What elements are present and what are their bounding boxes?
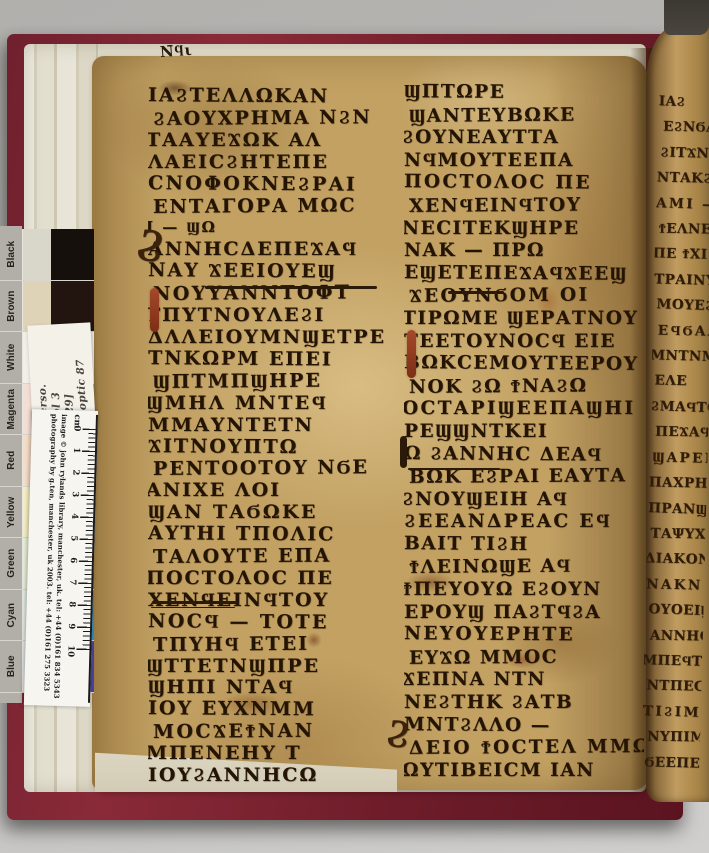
manuscript-line: ΙΑϨ	[658, 89, 709, 116]
rubric-stroke	[407, 330, 416, 378]
manuscript-line: ΤΑΛΟΥΤΕ ΕΠΑ	[153, 545, 400, 569]
colorbar-label: Brown	[0, 281, 22, 332]
manuscript-line: ΕΝΤΑΓΟΡΑ ΜΩϹ	[153, 195, 400, 219]
ruler-number: 0	[72, 425, 82, 431]
manuscript-line: ΒΑΙΤ ΤΙϨΗ	[404, 533, 644, 557]
manuscript-line: ϬΕΕΠΕϬΩ	[644, 750, 700, 777]
paragraphos-line	[205, 286, 377, 289]
manuscript-line: ΔΛΛΕΙΟΥΜΝϢΕΤΡΕ	[148, 327, 400, 349]
manuscript-line: ΟΥΟΕΙϢ	[648, 597, 704, 624]
manuscript-line: ΤΑΑΥΕϪΩΚ ΑΛ	[148, 130, 400, 152]
manuscript-line: ΝΑΚ — ΠΡΩ	[404, 240, 644, 263]
colorbar-label: Yellow	[0, 487, 22, 538]
manuscript-line: ϨΑΟΥΧΡΗΜΑ ΝϨΝ	[153, 107, 400, 131]
ruler-number: 10	[65, 645, 75, 657]
rubric-stroke	[150, 288, 159, 332]
manuscript-line: ϢΠΤΜΠϢΗΡΕ	[153, 370, 400, 394]
colorbar-label: Green	[0, 538, 22, 589]
background-object	[664, 0, 709, 35]
manuscript-line: ΠΟϹΤΟΛΟϹ ΠΕ	[404, 172, 644, 196]
manuscript-line: ϮΛΕΙΝΩϢΕ ΑϤ	[409, 556, 644, 580]
manuscript-line: ΟϹΤΑΡΙϢΕΕΠΑϢΗΙ	[404, 398, 644, 421]
manuscript-line: ΤΠΥΤΝΟΥΛΕϨΙ	[148, 305, 400, 327]
manuscript-line: ΝΑΥ ϪΕΕΙΟΥΕϢ	[148, 260, 400, 284]
manuscript-line: ϮΕΛΝΕϨΤ	[658, 217, 709, 243]
manuscript-line: ϢΗΠΙ ΝΤΑϤ	[148, 677, 400, 699]
manuscript-line: ΤΙϨΙΜΕ	[642, 699, 701, 726]
paragraphos-line	[408, 468, 500, 470]
manuscript-line: ΠΕϪΑϤΝΚ	[655, 420, 708, 446]
manuscript-line: ΔΕΙΟ ϮΟϹΤΕΛ ΜΜΩΚ	[409, 736, 644, 760]
manuscript-line: ΑΝΙΧΕ ΛΟΙ	[148, 480, 400, 502]
ruler-number: 8	[67, 601, 77, 607]
manuscript-line: ΝϤΜΟΥΤΕΕΠΑ	[404, 150, 644, 173]
colorbar-label: Black	[0, 229, 22, 280]
manuscript-line: ΠΑΧΡΗΜΑ	[648, 470, 707, 497]
text-column-right: ϢΠΤΩΡΕϢΑΝΤΕΥΒΩΚΕϨΟΥΝΕΑΥΤΤΑΝϤΜΟΥΤΕΕΠΑΠΟϹΤ…	[404, 82, 644, 792]
manuscript-line: ΤΠΥΗϤ ΕΤΕΙ	[153, 633, 400, 657]
manuscript-line: ΝΟϹϤ — ΤΟΤΕ	[148, 611, 400, 635]
manuscript-line: ΜΝΤϨΛΛΟ —	[404, 714, 644, 738]
manuscript-line: ΠΟϹΤΟΛΟϹ ΠΕ	[148, 568, 400, 590]
manuscript-line: ΛΑΕΙϹϨΗΤΕΠΕ	[148, 152, 400, 174]
manuscript-line: ΜΜΑΥΝΤΕΤΝ	[148, 415, 400, 437]
manuscript-line: ϢΠΤΩΡΕ	[404, 82, 644, 105]
manuscript-line: ΙΟΥ ΕΥΧΝΜΜ	[148, 698, 400, 722]
manuscript-line: ΡΕϢϢΝΤΚΕΙ	[404, 421, 644, 444]
manuscript-line: ϪΕΟΥΝϬΟΜ ΟΙ	[409, 284, 644, 308]
ruler-number: 1	[71, 447, 81, 453]
manuscript-line: ΕϨΝϬΑΛΝ	[663, 115, 709, 141]
manuscript-line: ϨΟΥΝΕΑΥΤΤΑ	[404, 127, 644, 150]
manuscript-line: ΤΙΡΩΜΕ ϢΕΡΑΤΝΟΥ	[404, 308, 644, 331]
ruler-number: 3	[70, 491, 80, 497]
manuscript-line: ϢΑΝ ΤΑϬΩΚΕ	[148, 502, 400, 524]
colorbar-label: Blue	[0, 641, 22, 692]
manuscript-line: ΜΝΤΝΜϢ	[650, 343, 709, 370]
manuscript-line: ϨΙΤϪΝΤ	[660, 140, 709, 167]
manuscript-line: ΠΡΑΝϢ	[648, 496, 707, 523]
manuscript-line: ϮΠΕΥΟΥΩ ΕϨΟΥΝ	[404, 579, 644, 602]
manuscript-line: ϢΑΝΤΕΥΒΩΚΕ	[409, 104, 644, 128]
manuscript-line: ΤΕΕΤΟΥΝΟϹϤ ΕΙΕ	[404, 331, 644, 354]
manuscript-line: ϢΑΡΕΠΕΚ	[652, 445, 708, 472]
page-heading: Ν̄ϥι	[159, 41, 193, 62]
manuscript-line: ΝΑΚΝ	[646, 572, 705, 599]
manuscript-line: ΑΝΝΗϹΔΕΠΕϪΑϤ	[148, 239, 400, 261]
ruler-number: 9	[66, 623, 76, 629]
manuscript-line: ΑΜΙ —	[656, 191, 709, 218]
manuscript-line: ΒΩΚϹΕΜΟΥΤΕΕΡΟΥ	[404, 352, 644, 376]
manuscript-line: ΤΝΚΩΡΜ ΕΠΕΙ	[148, 348, 400, 372]
manuscript-line: ΕΛΕ	[654, 369, 709, 396]
manuscript-line: ΠΕ ϮΧΙ	[652, 242, 709, 269]
manuscript-line: ΜΠΕϤΤΑ	[642, 648, 703, 675]
manuscript-line: ΜΟϹϪΕϮΝΑΝ	[153, 720, 400, 744]
manuscript-line: Ω ϨΑΝΝΗϹ ΔΕΑϤ	[404, 443, 644, 467]
manuscript-line: ΕϢΕΤΕΠΕϪΑϤϪΕΕϢ	[404, 262, 644, 286]
manuscript-line: ϨΝΟΥϢΕΙΗ ΑϤ	[404, 489, 644, 512]
manuscript-line: ΜΠΕΝΕΗΥ Τ	[148, 743, 400, 765]
manuscript-line: ϹΝΟΦΟΚΝΕϨΡΑΙ	[148, 173, 400, 197]
manuscript-line: ΕΥϪΩ ΜΜΟϹ	[409, 646, 644, 670]
manuscript-line: ΕϤϬΑΛϤΕ	[657, 318, 709, 344]
colorbar-label: White	[0, 332, 22, 383]
manuscript-line: ΡΕΝΤΟΟΤΟΥ ΝϬΕ	[153, 457, 400, 481]
manuscript-line: ΙΟΥϨΑΝΝΗϹΩ	[148, 765, 400, 787]
manuscript-line: ΔΙΑΚΟΝΕΙ	[644, 546, 705, 573]
colorbar-row: Black	[0, 229, 94, 281]
manuscript-line: ϨΜΑϤΤΟΥ	[650, 394, 709, 421]
colorbar-label: Cyan	[0, 590, 22, 641]
manuscript-line: ΩΥΤΙΒΕΙϹΜ ΙΑΝ	[404, 760, 644, 783]
margin-ink-mark	[400, 436, 407, 468]
manuscript-line: ΝΥΠΙΜΑ	[647, 725, 700, 751]
manuscript-line: ϢΤΤΕΤΝϢΠΡΕ	[148, 656, 400, 678]
manuscript-line: ϨΕΕΑΝΔΡΕΑϹ ΕϤ	[404, 511, 644, 534]
manuscript-line: ϪΕΠΝΑ ΝΤΝ	[404, 669, 644, 692]
ruler-number: 2	[70, 469, 80, 475]
paragraphos-line	[152, 601, 238, 604]
manuscript-line: ΑΝΝΗϹ	[650, 623, 703, 649]
colorbar-solid-swatch	[51, 229, 94, 280]
ruler-face: cm012345678910 image © john rylands libr…	[24, 409, 98, 707]
paragraphos-line	[448, 291, 504, 294]
manuscript-line: ΤΡΑΙΝΥϨΝ	[654, 267, 709, 294]
manuscript-line: ΝΤΠΕϹΝ	[646, 674, 702, 701]
ruler-number: 4	[69, 513, 79, 519]
manuscript-line: ΝΕϹΙΤΕΚϢΗΡΕ	[404, 218, 644, 241]
ruler-card: cm012345678910 image © john rylands libr…	[24, 409, 98, 707]
colorbar-label: Magenta	[0, 384, 22, 435]
manuscript-line: ϢΜΗΛ ΜΝΤΕϤ	[148, 393, 400, 415]
manuscript-line: ΝΕΥΟΥΕΡΗΤΕ	[404, 623, 644, 647]
manuscript-line: ΤΑΨΥΧΗ	[650, 521, 705, 547]
manuscript-line: ΝΕϨΤΗΚ ϨΑΤΒ	[404, 692, 644, 715]
manuscript-photograph: Ν̄ϥι ΙΑϨΤΕΛΛΩΚΑΝϨΑΟΥΧΡΗΜΑ ΝϨΝΤΑΑΥΕϪΩΚ ΑΛ…	[0, 0, 709, 853]
ruler-number: 7	[67, 579, 77, 585]
manuscript-line: ΜΟΥΕϨΙϨΟΟ	[656, 292, 709, 319]
manuscript-line: ΝΟΚ ϨΩ ϮΝΑϨΩ	[409, 375, 644, 399]
text-column-left: ΙΑϨΤΕΛΛΩΚΑΝϨΑΟΥΧΡΗΜΑ ΝϨΝΤΑΑΥΕϪΩΚ ΑΛΛΑΕΙϹ…	[148, 86, 400, 788]
manuscript-line: ΧΕΝϤΕΙΝϤΤΟΥ	[409, 194, 644, 218]
manuscript-line: Ι — ϢΩ	[148, 217, 400, 239]
ruler-number: 5	[68, 535, 78, 541]
ruler-number: 6	[68, 557, 78, 563]
manuscript-line: ΑΥΤΗΙ ΤΠΟΛΙϹ	[148, 523, 400, 547]
manuscript-line: ΕΡΟΥϢ ΠΑϨΤϤϨΑ	[404, 602, 644, 625]
colorbar-label: Red	[0, 435, 22, 486]
manuscript-line: ΝΤΑΚϨΗΛ	[656, 166, 709, 193]
